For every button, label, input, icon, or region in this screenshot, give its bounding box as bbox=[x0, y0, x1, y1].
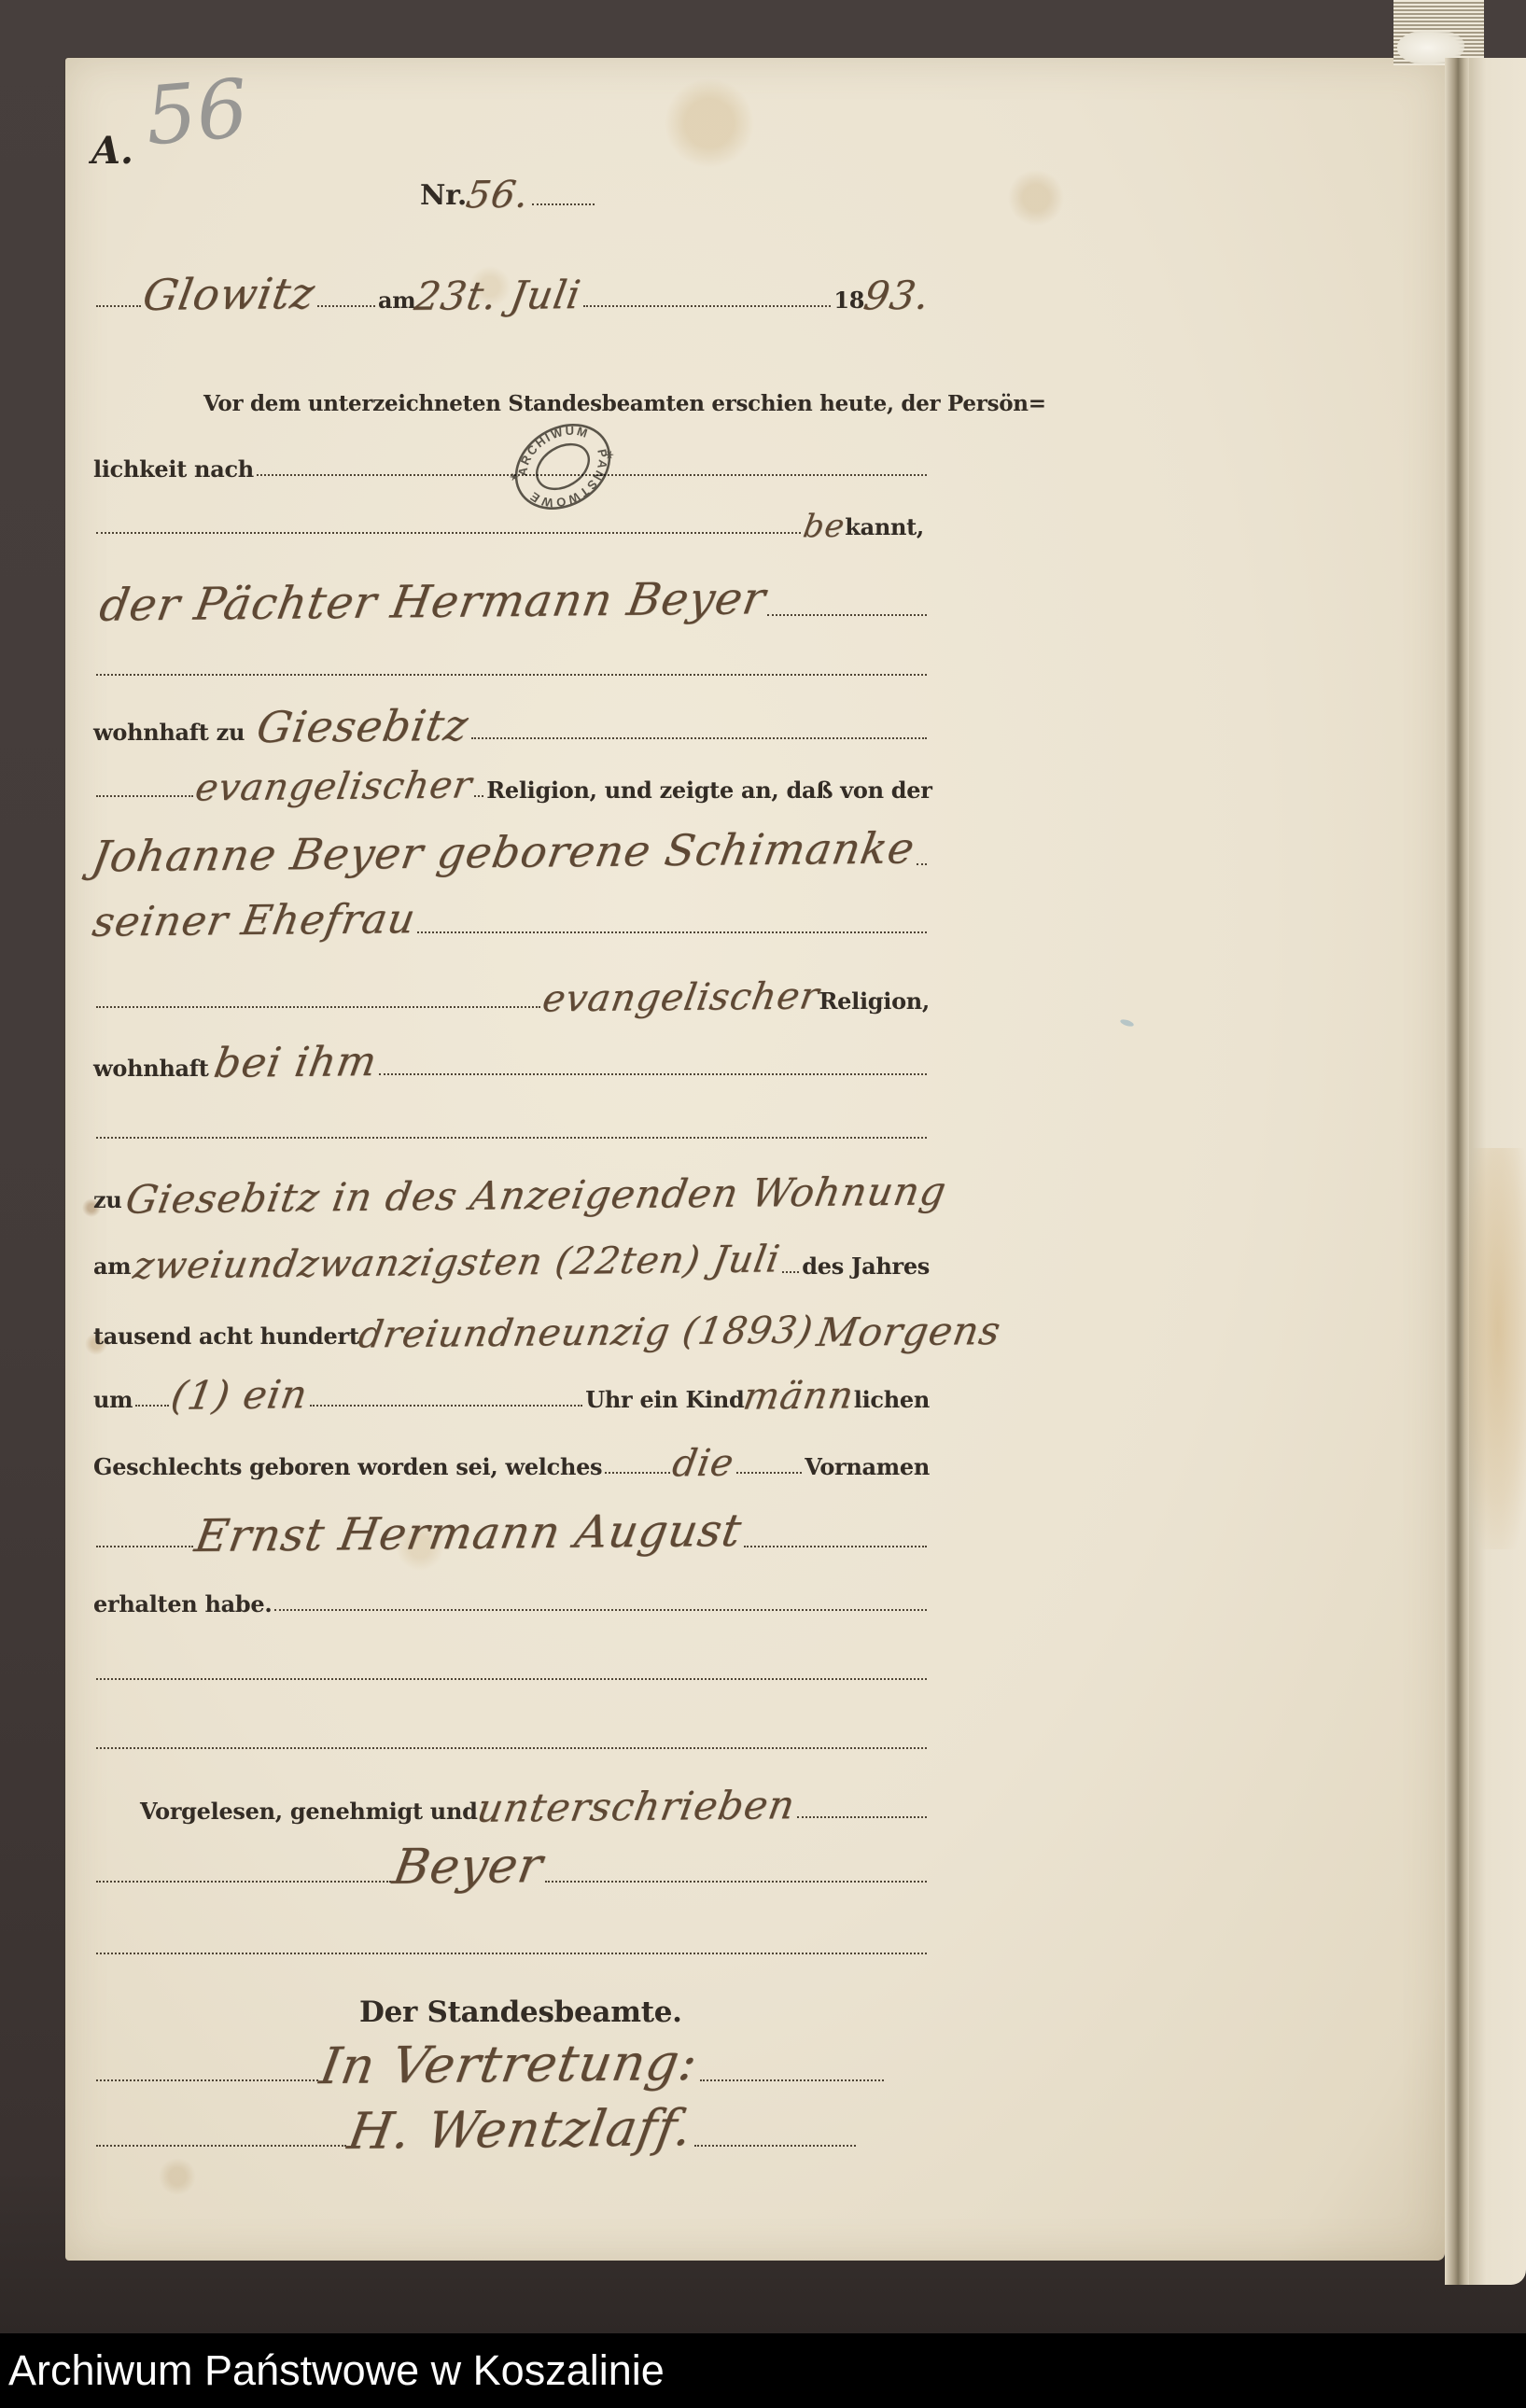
dotted-line bbox=[96, 1006, 540, 1008]
form-row-place-date: Glowitz am 23t. Juli 18 93. bbox=[93, 254, 930, 312]
des-jahres-label: des Jahres bbox=[802, 1255, 930, 1278]
morgens-entry: Morgens bbox=[814, 1311, 1003, 1352]
wohnhaft-label: wohnhaft bbox=[93, 1057, 209, 1080]
form-row-blank bbox=[93, 1636, 930, 1685]
declarant-signature: Beyer bbox=[390, 1841, 547, 1892]
nr-value: 56. bbox=[464, 176, 532, 215]
hour-entry: (1) ein bbox=[169, 1375, 311, 1416]
gender-entry: männ bbox=[741, 1377, 857, 1415]
dotted-line bbox=[471, 737, 927, 739]
dotted-line bbox=[317, 305, 375, 307]
archive-name: Archiwum Państwowe w Koszalinie bbox=[0, 2333, 665, 2408]
dotted-line bbox=[744, 1546, 927, 1547]
um-label: um bbox=[93, 1389, 133, 1411]
dotted-line bbox=[917, 863, 927, 865]
zu-label: zu bbox=[93, 1189, 121, 1211]
religion1-entry: evangelischer bbox=[192, 766, 474, 806]
uhr-ein-kind-label: Uhr ein Kind bbox=[585, 1389, 744, 1411]
form-row-religion1: evangelischer Religion, und zeigte an, d… bbox=[93, 749, 930, 802]
residence-entry: Giesebitz bbox=[254, 704, 471, 749]
archival-scan: { "form": { "letter_label": "A.", "penci… bbox=[0, 0, 1526, 2408]
birthday-entry: zweiundzwanzigsten (22ten) Juli bbox=[131, 1240, 783, 1284]
form-letter-label: A. bbox=[91, 129, 133, 173]
religion1-label: Religion, und zeigte an, daß von der bbox=[486, 779, 931, 802]
dotted-line bbox=[96, 795, 193, 797]
pencil-archive-number: 56 bbox=[142, 68, 251, 157]
am-label: am bbox=[378, 289, 415, 312]
dotted-line bbox=[135, 1405, 169, 1407]
wohnhaft-zu-label: wohnhaft zu bbox=[93, 721, 245, 744]
tausend-label: tausend acht hundert bbox=[93, 1325, 359, 1348]
form-row-hour: um (1) ein Uhr ein Kind männ lichen bbox=[93, 1357, 930, 1411]
form-row-religion2: evangelischer Religion, bbox=[93, 960, 930, 1013]
dotted-line bbox=[310, 1405, 582, 1407]
form-row-relation: seiner Ehefrau bbox=[93, 878, 930, 938]
religion2-label: Religion, bbox=[819, 990, 930, 1013]
form-row-child-names: Ernst Hermann August bbox=[93, 1491, 930, 1552]
form-row-signature-registrar: H. Wentzlaff. bbox=[93, 2078, 859, 2151]
geschlechts-label: Geschlechts geboren worden sei, welches bbox=[93, 1456, 602, 1478]
form-row-signature-declarant: Beyer bbox=[93, 1820, 930, 1887]
dotted-line bbox=[96, 1953, 927, 1954]
birthplace-entry: Giesebitz in des Anzeigenden Wohnung bbox=[123, 1171, 949, 1219]
dotted-line bbox=[274, 1609, 927, 1611]
bei-ihm-entry: bei ihm bbox=[211, 1042, 380, 1085]
dotted-line bbox=[797, 1816, 927, 1818]
dotted-line bbox=[96, 1678, 927, 1680]
form-row-blank bbox=[93, 632, 930, 680]
form-row-declarant: der Pächter Hermann Beyer bbox=[93, 559, 930, 621]
declarant-entry: der Pächter Hermann Beyer bbox=[96, 576, 769, 627]
dotted-line bbox=[583, 305, 831, 307]
dotted-line bbox=[96, 1137, 927, 1139]
form-row-vorgelesen: Vorgelesen, genehmigt und unterschrieben bbox=[140, 1767, 930, 1823]
year-suffix-entry: 93. bbox=[861, 276, 933, 316]
dotted-line bbox=[694, 2145, 856, 2147]
relation-entry: seiner Ehefrau bbox=[90, 899, 418, 944]
day-month-entry: 23t. Juli bbox=[413, 275, 584, 316]
dotted-line bbox=[532, 203, 595, 205]
dotted-line bbox=[96, 1747, 927, 1749]
form-row-gender: Geschlechts geboren worden sei, welches … bbox=[93, 1424, 930, 1478]
nr-label: Nr. bbox=[420, 182, 467, 210]
kannt-label: kannt, bbox=[845, 516, 924, 539]
dotted-line bbox=[474, 795, 483, 797]
form-row-erhalten: erhalten habe. bbox=[93, 1567, 930, 1616]
form-row-blank bbox=[93, 1911, 930, 1959]
form-row-mother: Johanne Beyer geborene Schimanke bbox=[93, 808, 930, 870]
dotted-line bbox=[379, 1073, 927, 1075]
dotted-line bbox=[96, 674, 927, 676]
dotted-line bbox=[96, 1546, 193, 1547]
page-gutter-fold bbox=[1445, 58, 1469, 2285]
lichen-label: lichen bbox=[854, 1389, 930, 1411]
intro-line2: lichkeit nach bbox=[93, 458, 254, 481]
am2-label: am bbox=[93, 1255, 131, 1278]
form-row-number: Nr. 56. bbox=[420, 161, 597, 210]
dotted-line bbox=[96, 532, 801, 534]
place-entry: Glowitz bbox=[140, 272, 318, 316]
year-prefix: 18 bbox=[833, 289, 864, 312]
dotted-line bbox=[736, 1472, 802, 1474]
dotted-line bbox=[96, 2145, 346, 2147]
dotted-line bbox=[767, 614, 927, 616]
dotted-line bbox=[96, 1881, 391, 1883]
dotted-line bbox=[545, 1881, 927, 1883]
form-row-blank bbox=[93, 1095, 930, 1143]
form-row-blank bbox=[93, 1705, 930, 1754]
birthyear-entry: dreiundneunzig (1893) bbox=[356, 1311, 816, 1353]
form-row-birthplace: zu Giesebitz in des Anzeigenden Wohnung bbox=[93, 1155, 930, 1211]
facing-page-edge bbox=[1469, 58, 1526, 2285]
archive-footer-bar: Archiwum Państwowe w Koszalinie bbox=[0, 2333, 1526, 2408]
dotted-line bbox=[417, 931, 927, 933]
dotted-line bbox=[96, 305, 141, 307]
form-row-wohnhaft-bei: wohnhaft bei ihm bbox=[93, 1028, 930, 1080]
dotted-line bbox=[782, 1271, 799, 1273]
form-row-birthyear: tausend acht hundert dreiundneunzig (189… bbox=[93, 1294, 930, 1348]
vornamen-label: Vornamen bbox=[805, 1456, 930, 1478]
form-row-in-vertretung: In Vertretung: bbox=[93, 2014, 887, 2086]
erhalten-habe-label: erhalten habe. bbox=[93, 1593, 272, 1616]
child-names-entry: Ernst Hermann August bbox=[191, 1508, 745, 1559]
die-entry: die bbox=[670, 1445, 737, 1483]
archive-stamp: ARCHIWUM PAŃSTWOWE ✶ ✶ bbox=[497, 405, 628, 530]
registrar-signature: H. Wentzlaff. bbox=[344, 2103, 696, 2157]
religion2-entry: evangelischer bbox=[540, 977, 822, 1017]
mother-entry: Johanne Beyer geborene Schimanke bbox=[89, 826, 917, 877]
dotted-line bbox=[605, 1472, 670, 1474]
form-row-birthday: am zweiundzwanzigsten (22ten) Juli des J… bbox=[93, 1224, 930, 1278]
be-entry: be bbox=[802, 511, 848, 542]
form-row-residence: wohnhaft zu Giesebitz bbox=[93, 692, 930, 744]
